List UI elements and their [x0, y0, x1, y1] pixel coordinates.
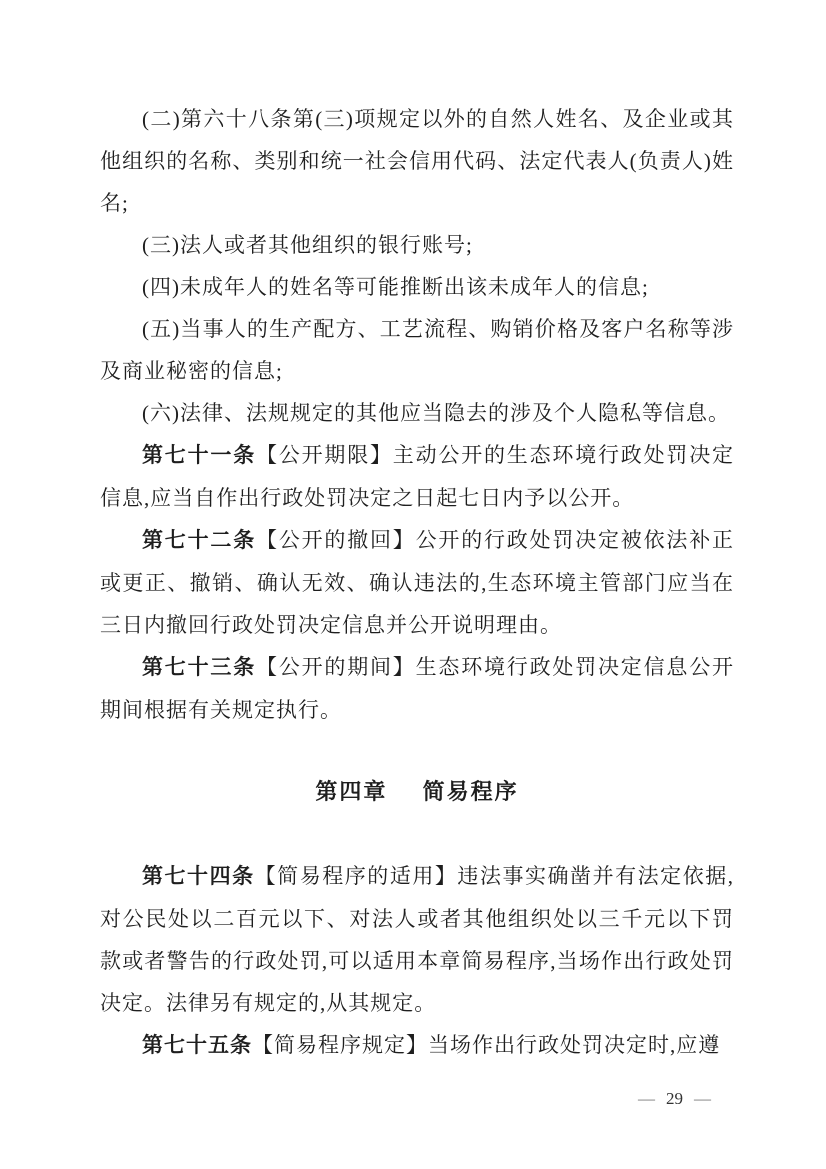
- paragraph-text: (二)第六十八条第(三)项规定以外的自然人姓名、及企业或其他组织的名称、类别和统…: [100, 107, 734, 215]
- paragraph-item-4: (四)未成年人的姓名等可能推断出该未成年人的信息;: [100, 266, 734, 308]
- paragraph-article-75: 第七十五条【简易程序规定】当场作出行政处罚决定时,应遵: [100, 1024, 734, 1067]
- page-number-dash-right: —: [694, 1089, 711, 1108]
- chapter-label: 第四章: [315, 779, 387, 804]
- paragraph-item-5: (五)当事人的生产配方、工艺流程、购销价格及客户名称等涉及商业秘密的信息;: [100, 308, 734, 392]
- document-page: (二)第六十八条第(三)项规定以外的自然人姓名、及企业或其他组织的名称、类别和统…: [0, 0, 826, 1169]
- chapter-heading: 第四章简易程序: [100, 771, 734, 813]
- paragraph-text: (六)法律、法规规定的其他应当隐去的涉及个人隐私等信息。: [142, 401, 730, 425]
- page-number: —29—: [627, 1089, 722, 1109]
- chapter-title: 简易程序: [423, 779, 519, 804]
- article-text: 【简易程序规定】当场作出行政处罚决定时,应遵: [252, 1033, 720, 1057]
- page-number-dash-left: —: [638, 1089, 655, 1108]
- article-number: 第七十三条: [142, 656, 256, 679]
- article-number: 第七十五条: [142, 1034, 252, 1057]
- article-number: 第七十二条: [142, 529, 256, 552]
- paragraph-item-3: (三)法人或者其他组织的银行账号;: [100, 224, 734, 266]
- article-number: 第七十一条: [142, 444, 256, 467]
- article-number: 第七十四条: [142, 865, 255, 888]
- paragraph-article-73: 第七十三条【公开的期间】生态环境行政处罚决定信息公开期间根据有关规定执行。: [100, 646, 734, 731]
- paragraph-article-72: 第七十二条【公开的撤回】公开的行政处罚决定被依法补正或更正、撤销、确认无效、确认…: [100, 519, 734, 646]
- paragraph-item-6: (六)法律、法规规定的其他应当隐去的涉及个人隐私等信息。: [100, 392, 734, 434]
- document-body: (二)第六十八条第(三)项规定以外的自然人姓名、及企业或其他组织的名称、类别和统…: [100, 98, 734, 1067]
- paragraph-article-71: 第七十一条【公开期限】主动公开的生态环境行政处罚决定信息,应当自作出行政处罚决定…: [100, 434, 734, 519]
- paragraph-text: (五)当事人的生产配方、工艺流程、购销价格及客户名称等涉及商业秘密的信息;: [100, 317, 734, 383]
- paragraph-article-74: 第七十四条【简易程序的适用】违法事实确凿并有法定依据,对公民处以二百元以下、对法…: [100, 855, 734, 1024]
- page-number-value: 29: [666, 1089, 683, 1108]
- paragraph-text: (四)未成年人的姓名等可能推断出该未成年人的信息;: [142, 275, 649, 299]
- paragraph-text: (三)法人或者其他组织的银行账号;: [142, 233, 473, 257]
- paragraph-item-2: (二)第六十八条第(三)项规定以外的自然人姓名、及企业或其他组织的名称、类别和统…: [100, 98, 734, 224]
